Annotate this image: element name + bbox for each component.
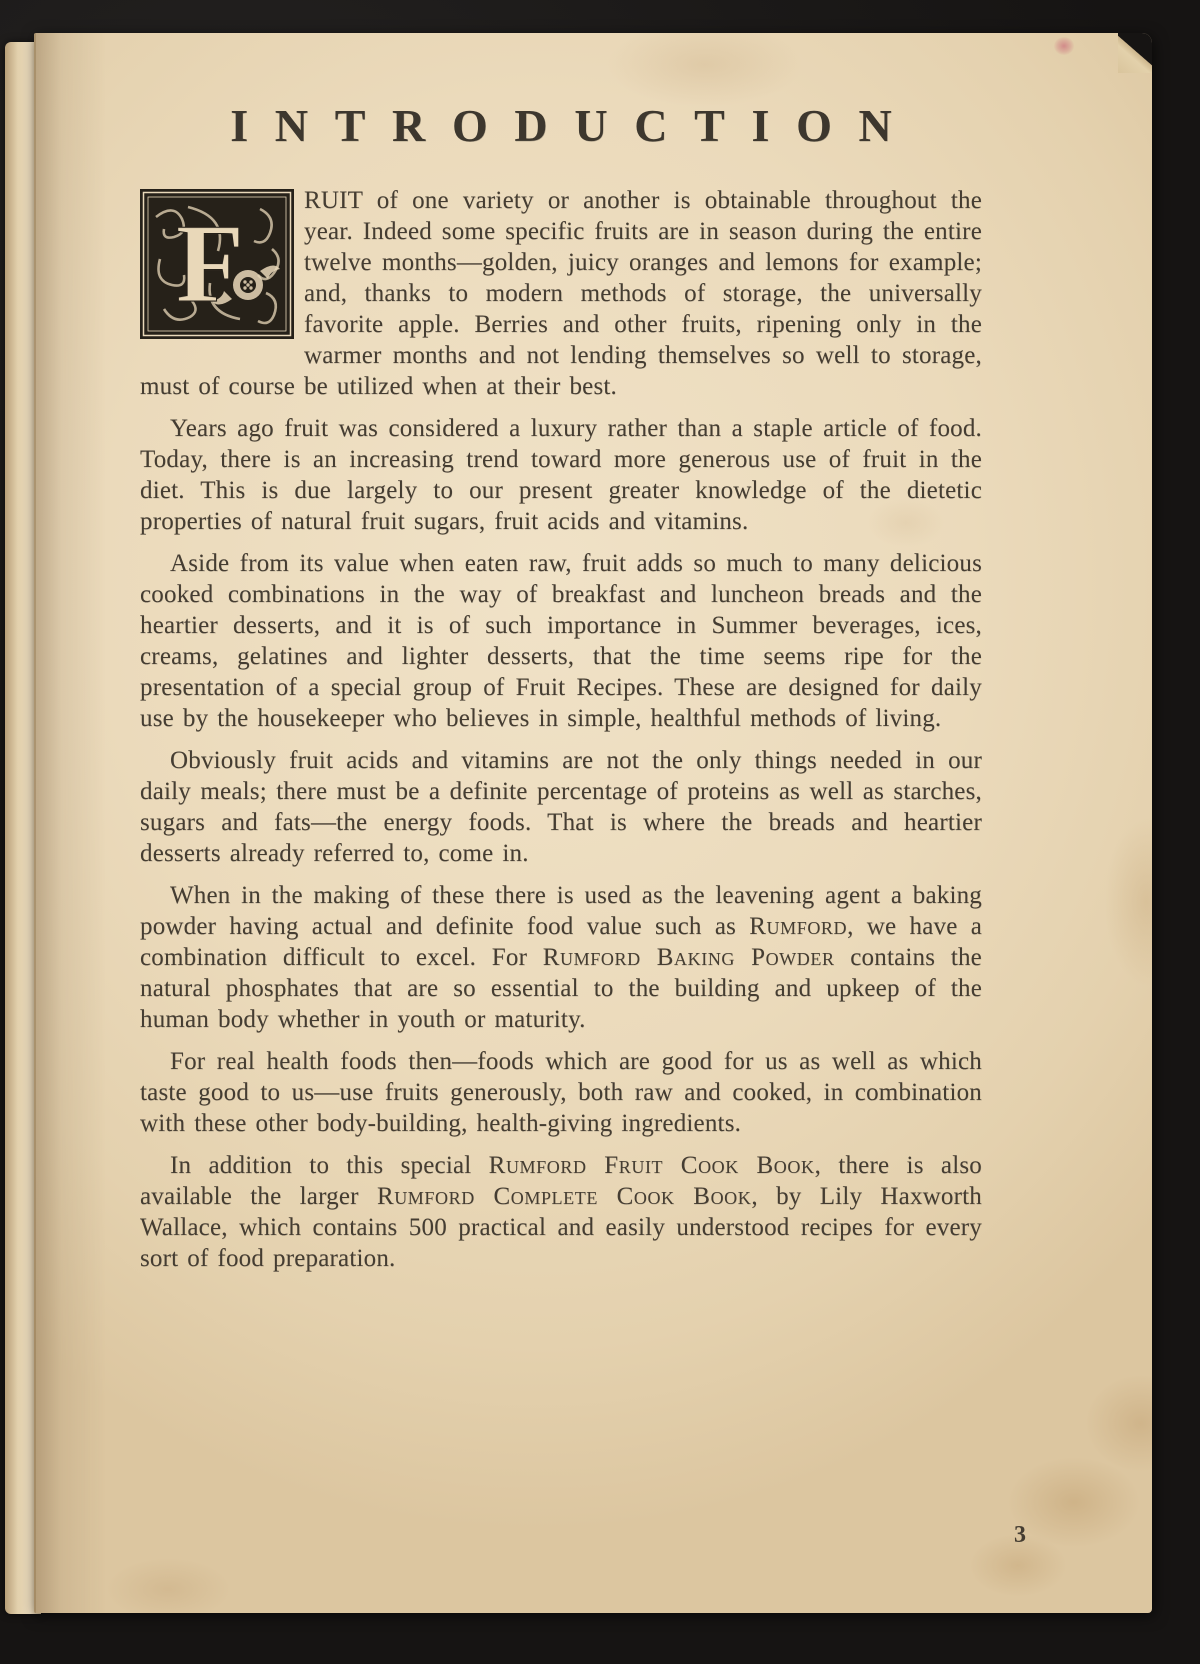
text-run: Obviously fruit acids and vitamins are n… xyxy=(140,747,982,867)
brand-name-smallcaps: Rumford Fruit Cook Book xyxy=(489,1152,815,1179)
dog-ear-corner xyxy=(1118,33,1152,73)
book-scan-background: { "page": { "title": "INTRODUCTION", "pa… xyxy=(0,0,1200,1664)
paragraph-3: Aside from its value when eaten raw, fru… xyxy=(140,548,982,734)
paragraph-4: Obviously fruit acids and vitamins are n… xyxy=(140,745,982,869)
decorated-initial: F xyxy=(140,189,294,339)
brand-name-smallcaps: Rumford Baking Powder xyxy=(543,944,835,971)
page-number: 3 xyxy=(1014,1522,1026,1549)
drop-cap-letter: F xyxy=(176,202,245,326)
paragraph-5: When in the making of these there is use… xyxy=(140,880,982,1035)
pink-stamp-mark xyxy=(1054,37,1074,55)
paragraph-2: Years ago fruit was considered a luxury … xyxy=(140,413,982,537)
spine-crease xyxy=(34,33,126,1613)
text-run: Years ago fruit was considered a luxury … xyxy=(140,415,982,535)
paragraph-6: For real health foods then—foods which a… xyxy=(140,1046,982,1139)
ornate-initial-f-icon: F xyxy=(140,189,294,339)
page-title: INTRODUCTION xyxy=(140,99,982,152)
text-run: Aside from its value when eaten raw, fru… xyxy=(140,550,982,732)
text-run: In addition to this special xyxy=(170,1152,489,1179)
brand-name-smallcaps: Rumford xyxy=(749,913,847,940)
paragraph-7: In addition to this special Rumford Frui… xyxy=(140,1150,982,1274)
brand-name-smallcaps: Rumford Complete Cook Book xyxy=(377,1183,751,1210)
text-run: For real health foods then—foods which a… xyxy=(140,1048,982,1137)
book-page: INTRODUCTION xyxy=(34,33,1152,1613)
body-text: F RUIT of one variety or another is obta… xyxy=(140,185,982,1285)
